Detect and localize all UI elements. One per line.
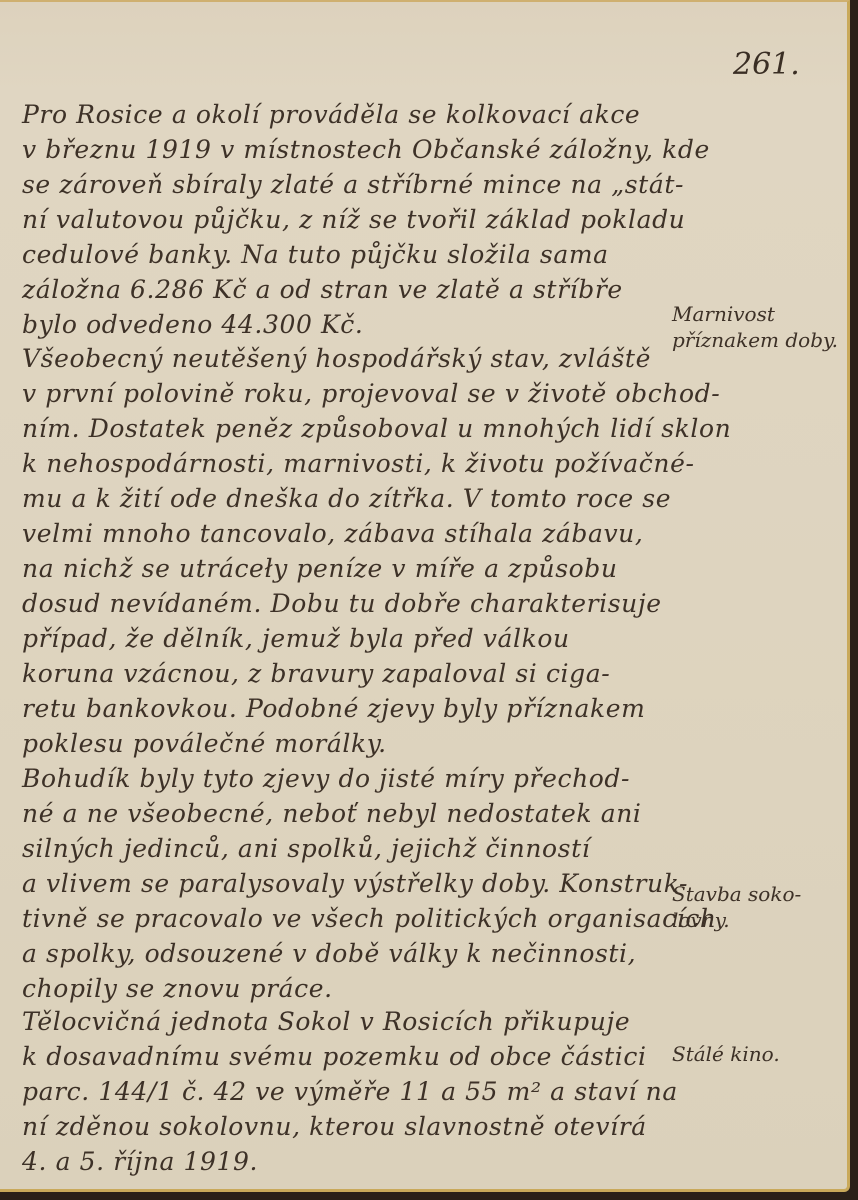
text-line: tivně se pracovalo ve všech politických …: [22, 904, 717, 933]
page-number: 261.: [733, 47, 800, 82]
margin-note: Stálé kino.: [672, 1042, 780, 1066]
text-line: na nichž se utráceły peníze v míře a způ…: [22, 554, 618, 583]
text-line: Pro Rosice a okolí prováděla se kolkovac…: [22, 100, 640, 129]
text-line: 4. a 5. října 1919.: [22, 1147, 258, 1176]
text-line: poklesu poválečné morálky.: [22, 729, 387, 758]
text-line: koruna vzácnou, z bravury zapaloval si c…: [22, 659, 610, 688]
margin-note: příznakem doby.: [672, 328, 838, 352]
text-line: ní zděnou sokolovnu, kterou slavnostně o…: [22, 1112, 647, 1141]
text-line: ním. Dostatek peněz způsoboval u mnohých…: [22, 414, 731, 443]
text-line: případ, že dělník, jemuž byla před válko…: [22, 624, 570, 653]
margin-note: Stavba soko-: [672, 882, 801, 906]
text-line: Všeobecný neutěšený hospodářský stav, zv…: [22, 344, 651, 373]
text-line: v březnu 1919 v místnostech Občanské zál…: [22, 135, 710, 164]
text-line: k dosavadnímu svému pozemku od obce část…: [22, 1042, 647, 1071]
text-line: v první polovině roku, projevoval se v ž…: [22, 379, 720, 408]
manuscript-page: 261. Pro Rosice a okolí prováděla se kol…: [0, 0, 850, 1192]
text-line: dosud nevídaném. Dobu tu dobře charakter…: [22, 589, 662, 618]
text-line: Tělocvičná jednota Sokol v Rosicích přik…: [22, 1007, 630, 1036]
text-line: cedulové banky. Na tuto půjčku složila s…: [22, 240, 609, 269]
margin-note: Marnivost: [672, 302, 775, 326]
text-line: né a ne všeobecné, neboť nebyl nedostate…: [22, 799, 642, 828]
text-line: silných jedinců, ani spolků, jejichž čin…: [22, 834, 590, 863]
text-line: se zároveň sbíraly zlaté a stříbrné minc…: [22, 170, 684, 199]
text-line: retu bankovkou. Podobné zjevy byly přízn…: [22, 694, 645, 723]
text-line: k nehospodárnosti, marnivosti, k životu …: [22, 449, 695, 478]
text-line: a vlivem se paralysovaly výstřelky doby.…: [22, 869, 688, 898]
margin-note: lovny.: [672, 908, 730, 932]
text-line: Bohudík byly tyto zjevy do jisté míry př…: [22, 764, 630, 793]
text-line: ní valutovou půjčku, z níž se tvořil zák…: [22, 205, 685, 234]
text-line: chopily se znovu práce.: [22, 974, 333, 1003]
text-line: záložna 6.286 Kč a od stran ve zlatě a s…: [22, 275, 623, 304]
text-line: velmi mnoho tancovalo, zábava stíhala zá…: [22, 519, 643, 548]
text-line: mu a k žití ode dneška do zítřka. V tomt…: [22, 484, 671, 513]
text-line: a spolky, odsouzené v době války k nečin…: [22, 939, 636, 968]
text-line: bylo odvedeno 44.300 Kč.: [22, 310, 363, 339]
text-line: parc. 144/1 č. 42 ve výměře 11 a 55 m² a…: [22, 1077, 678, 1106]
